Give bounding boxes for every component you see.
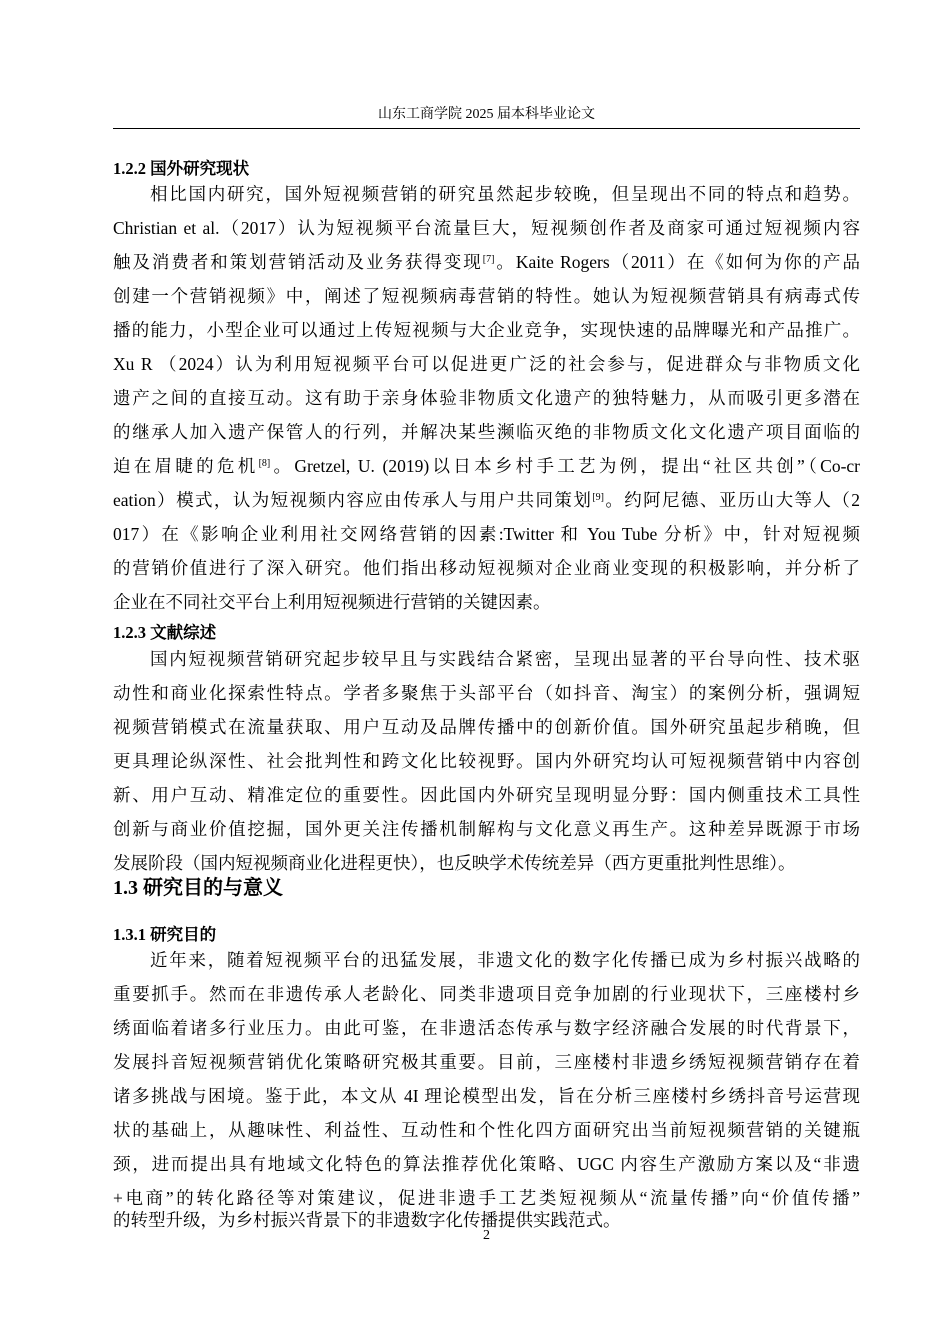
paragraph-line: eation）模式，认为短视频内容应由传承人与用户共同策划[9]。约阿尼德、亚历… (113, 486, 860, 514)
paragraph-line: 重要抓手。然而在非遗传承人老龄化、同类非遗项目竞争加剧的行业现状下，三座楼村乡 (113, 980, 860, 1008)
paragraph-line: 状的基础上，从趣味性、利益性、互动性和个性化四方面研究出当前短视频营销的关键瓶 (113, 1116, 860, 1144)
citation-ref: [7] (483, 254, 495, 265)
text-run: 。Kaite Rogers（2011）在《如何为你的产品 (494, 252, 860, 272)
section-heading: 1.3.1 研究目的 (113, 922, 216, 948)
paragraph-line: 017）在《影响企业利用社交网络营销的因素:Twitter 和 You Tube… (113, 520, 860, 548)
paragraph-line: 近年来，随着短视频平台的迅猛发展，非遗文化的数字化传播已成为乡村振兴战略的 (150, 946, 860, 974)
text-run: 触及消费者和策划营销活动及业务获得变现 (113, 252, 483, 272)
citation-ref: [9] (592, 492, 604, 503)
paragraph-line: 创新与商业价值挖掘，国外更关注传播机制解构与文化意义再生产。这种差异既源于市场 (113, 815, 860, 843)
citation-ref: [8] (259, 458, 271, 469)
paragraph-line: Xu R （2024）认为利用短视频平台可以促进更广泛的社会参与，促进群众与非物… (113, 350, 860, 378)
paragraph-line: 国内短视频营销研究起步较早且与实践结合紧密，呈现出显著的平台导向性、技术驱 (150, 645, 860, 673)
paragraph-line: 相比国内研究，国外短视频营销的研究虽然起步较晚，但呈现出不同的特点和趋势。 (150, 180, 860, 208)
paragraph-line: 的继承人加入遗产保管人的行列，并解决某些濒临灭绝的非物质文化文化遗产项目面临的 (113, 418, 860, 446)
paragraph-line: 颈，进而提出具有地域文化特色的算法推荐优化策略、UGC 内容生产激励方案以及“非… (113, 1150, 860, 1178)
header-rule (113, 128, 860, 129)
text-run: 。约阿尼德、亚历山大等人（2 (604, 490, 860, 510)
paragraph-line: 迫在眉睫的危机[8]。Gretzel, U. (2019)以日本乡村手工艺为例，… (113, 452, 860, 480)
paragraph-line: 遗产之间的直接互动。这有助于亲身体验非物质文化遗产的独特魅力，从而吸引更多潜在 (113, 384, 860, 412)
paragraph-line: 动性和商业化探索性特点。学者多聚焦于头部平台（如抖音、淘宝）的案例分析，强调短 (113, 679, 860, 707)
section-heading-1-3: 1.3 研究目的与意义 (113, 873, 283, 903)
paragraph-line: 播的能力，小型企业可以通过上传短视频与大企业竞争，实现快速的品牌曝光和产品推广。 (113, 316, 860, 344)
paragraph-line: 视频营销模式在流量获取、用户互动及品牌传播中的创新价值。国外研究虽起步稍晚，但 (113, 713, 860, 741)
section-heading: 1.2.2 国外研究现状 (113, 156, 249, 182)
paragraph-line: 企业在不同社交平台上利用短视频进行营销的关键因素。 (113, 588, 860, 616)
section-heading: 1.2.3 文献综述 (113, 620, 216, 646)
text-run: eation）模式，认为短视频内容应由传承人与用户共同策划 (113, 490, 592, 510)
text-run: 。Gretzel, U. (2019)以日本乡村手工艺为例，提出“社区共创”（C… (270, 456, 860, 476)
header-title: 山东工商学院 2025 届本科毕业论文 (113, 106, 860, 124)
paragraph-line: 绣面临着诸多行业压力。由此可鉴，在非遗活态传承与数字经济融合发展的时代背景下， (113, 1014, 860, 1042)
paragraph-line: Christian et al.（2017）认为短视频平台流量巨大，短视频创作者… (113, 214, 860, 242)
paragraph-line: 的营销价值进行了深入研究。他们指出移动短视频对企业商业变现的积极影响，并分析了 (113, 554, 860, 582)
text-run: 迫在眉睫的危机 (113, 456, 259, 476)
paragraph-line: 发展抖音短视频营销优化策略研究极其重要。目前，三座楼村非遗乡绣短视频营销存在着 (113, 1048, 860, 1076)
paragraph-line: 创建一个营销视频》中，阐述了短视频病毒营销的特性。她认为短视频营销具有病毒式传 (113, 282, 860, 310)
paragraph-line: 新、用户互动、精准定位的重要性。因此国内外研究呈现明显分野：国内侧重技术工具性 (113, 781, 860, 809)
paragraph-line: 触及消费者和策划营销活动及业务获得变现[7]。Kaite Rogers（2011… (113, 248, 860, 276)
paragraph-line: 诸多挑战与困境。鉴于此，本文从 4I 理论模型出发，旨在分析三座楼村乡绣抖音号运… (113, 1082, 860, 1110)
paragraph-line: 更具理论纵深性、社会批判性和跨文化比较视野。国内外研究均认可短视频营销中内容创 (113, 747, 860, 775)
page-number: 2 (113, 1227, 860, 1245)
